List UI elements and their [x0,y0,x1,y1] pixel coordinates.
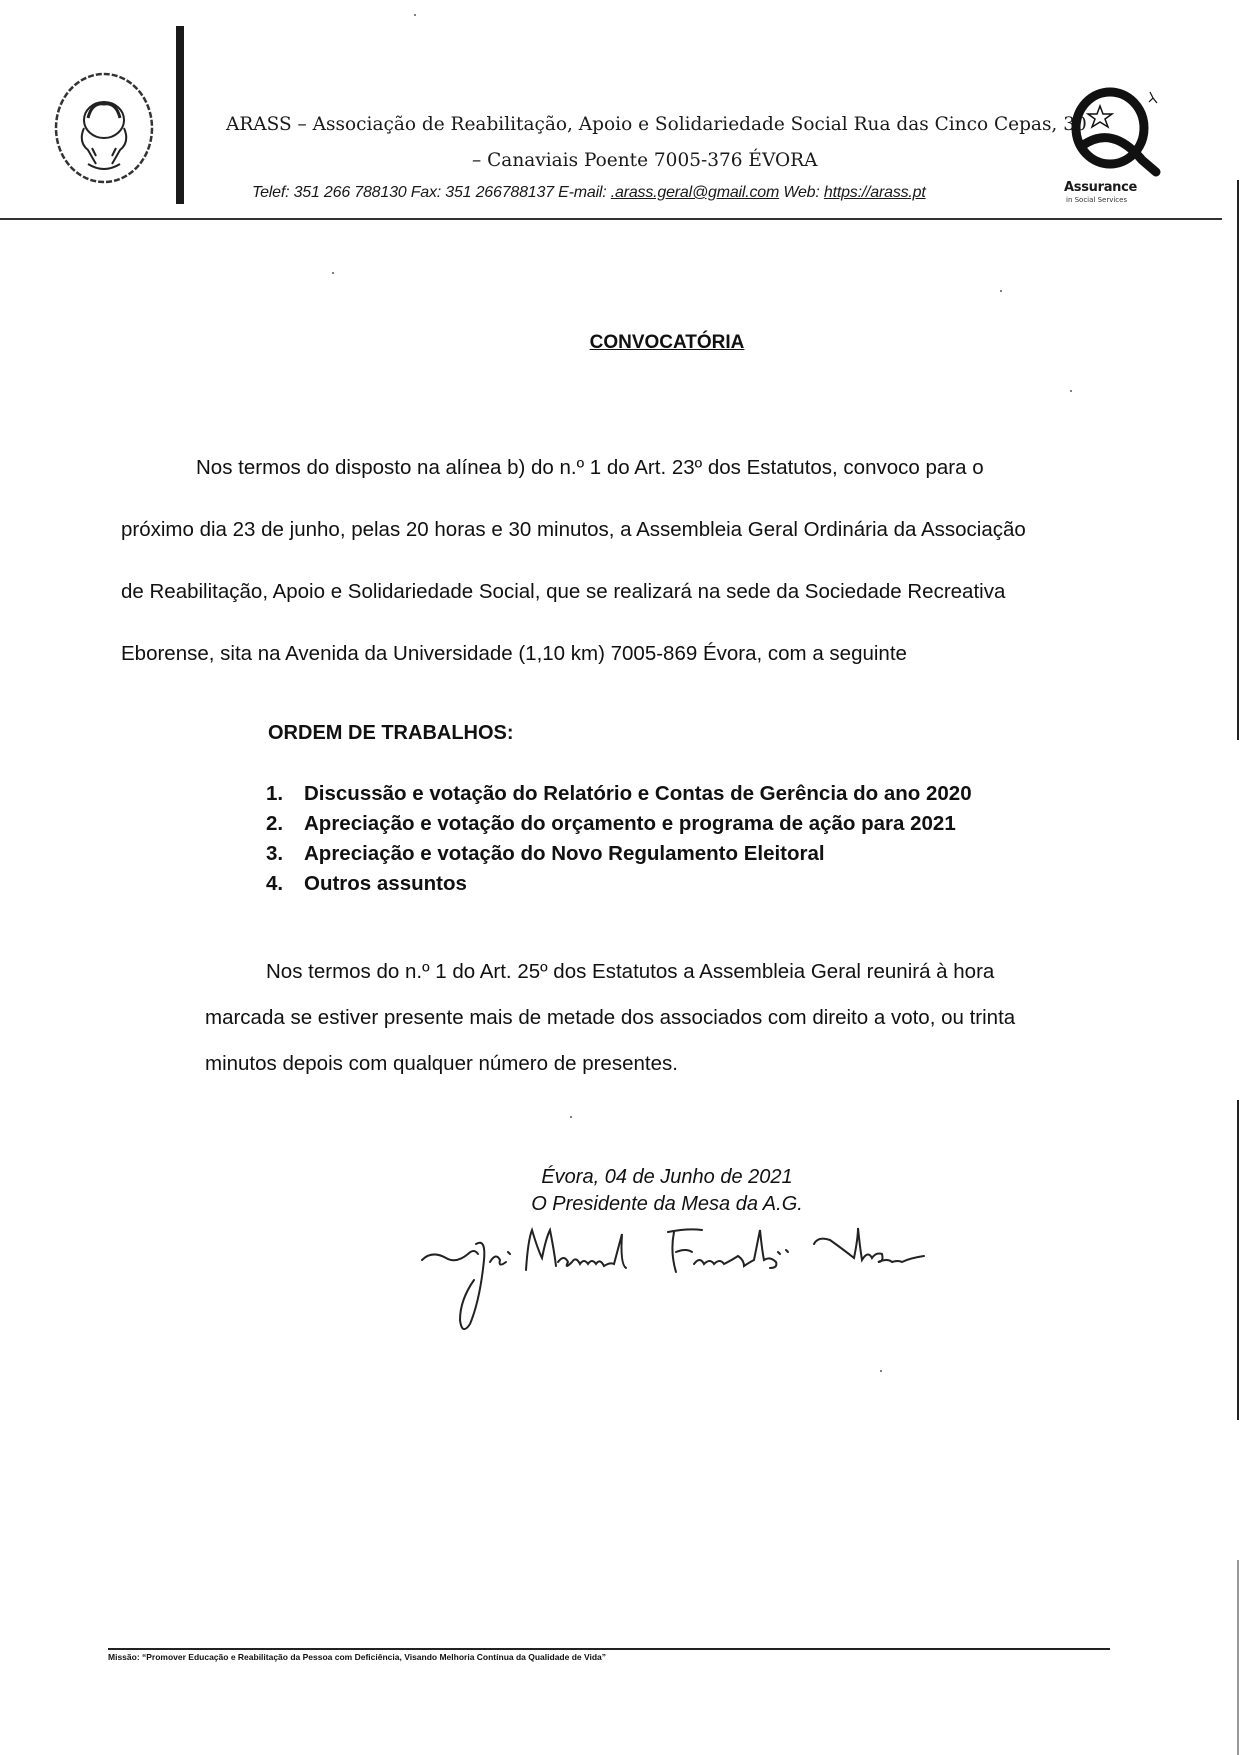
paragraph-1-line: próximo dia 23 de junho, pelas 20 horas … [121,518,1026,542]
scan-edge-line [1237,1560,1239,1755]
header-divider-bar [176,26,184,204]
paragraph-1-line: Eborense, sita na Avenida da Universidad… [121,642,907,666]
website-link[interactable]: https://arass.pt [824,184,926,201]
phone-fax-text: Telef: 351 266 788130 Fax: 351 266788137… [252,184,611,201]
quality-logo-label: Assurance [1064,180,1137,195]
scan-edge-line [1237,1100,1239,1420]
agenda-item-text: Discussão e votação do Relatório e Conta… [304,782,972,805]
organization-address: – Canaviais Poente 7005-376 ÉVORA [472,150,817,171]
paragraph-2-line: minutos depois com qualquer número de pr… [205,1052,678,1076]
quality-logo-sublabel: in Social Services [1066,196,1127,204]
scan-speck [1070,390,1072,392]
mission-statement: Missão: “Promover Educação e Reabilitaçã… [108,1652,606,1662]
email-link[interactable]: .arass.geral@gmail.com [611,184,779,201]
document-title: CONVOCATÓRIA [0,332,1240,354]
scan-speck [1000,290,1002,292]
paragraph-1-line: Nos termos do disposto na alínea b) do n… [196,456,984,480]
agenda-item-number: 3. [266,842,304,866]
scan-speck [880,1370,882,1372]
organization-name: ARASS – Associação de Reabilitação, Apoi… [226,114,1087,135]
web-label: Web: [779,184,824,201]
scan-speck [414,14,416,16]
paragraph-2-line: Nos termos do n.º 1 do Art. 25º dos Esta… [266,960,994,984]
agenda-item-number: 4. [266,872,304,896]
scan-edge-line [1237,180,1239,740]
footer-rule [108,1648,1110,1650]
paragraph-2-line: marcada se estiver presente mais de meta… [205,1006,1015,1030]
agenda-item: 2.Apreciação e votação do orçamento e pr… [266,812,956,836]
contact-line: Telef: 351 266 788130 Fax: 351 266788137… [252,184,926,202]
place-and-date: Évora, 04 de Junho de 2021 [0,1166,1240,1189]
agenda-item-number: 2. [266,812,304,836]
agenda-item-text: Apreciação e votação do orçamento e prog… [304,812,956,835]
paragraph-1-line: de Reabilitação, Apoio e Solidariedade S… [121,580,1005,604]
scan-speck [332,272,334,274]
header-rule [0,218,1222,220]
scan-speck [570,1116,572,1118]
agenda-item-text: Outros assuntos [304,872,467,895]
agenda-item: 1.Discussão e votação do Relatório e Con… [266,782,972,806]
signatory-role: O Presidente da Mesa da A.G. [0,1193,1240,1216]
agenda-item: 3.Apreciação e votação do Novo Regulamen… [266,842,825,866]
handwritten-signature [418,1222,998,1342]
agenda-item: 4.Outros assuntos [266,872,467,896]
child-in-circle-logo [48,68,160,196]
agenda-item-text: Apreciação e votação do Novo Regulamento… [304,842,825,865]
agenda-item-number: 1. [266,782,304,806]
agenda-heading: ORDEM DE TRABALHOS: [268,722,514,745]
